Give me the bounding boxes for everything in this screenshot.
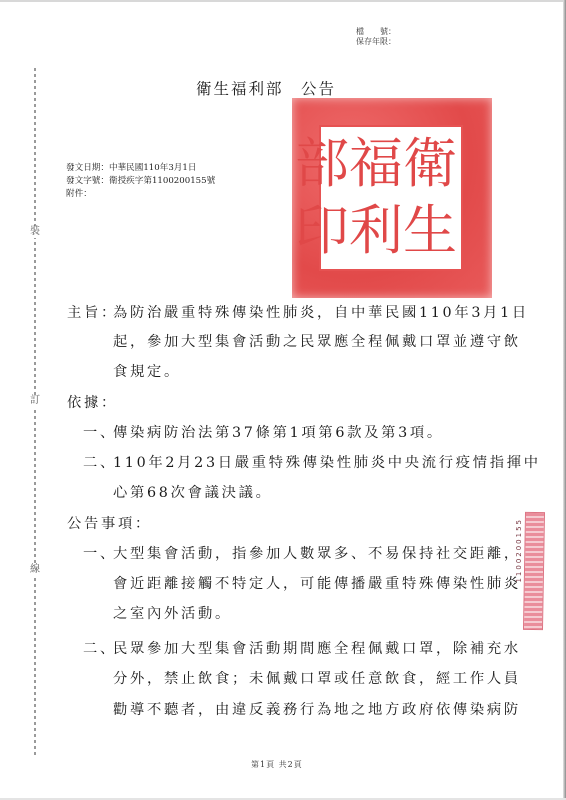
side-seal-stamp [523, 512, 545, 630]
document-meta: 發文日期：中華民國110年3月1日 發文字號：衛授疾字第1100200155號 … [66, 162, 215, 201]
attachment: 附件： [66, 188, 215, 201]
seal-char: 利 [349, 198, 403, 265]
page-top-edge [0, 0, 566, 2]
official-seal: 衛 福 部 生 利 印 [292, 98, 492, 298]
announcement-item-line: 之室內外活動。 [113, 603, 232, 623]
binding-char-xian: 線 [29, 564, 41, 576]
announcement-label: 公告事項： [67, 513, 152, 533]
basis-item-marker: 一、 [83, 422, 117, 442]
basis-label: 依據： [67, 392, 118, 412]
seal-char: 衛 [403, 131, 457, 198]
issue-date: 發文日期：中華民國110年3月1日 [66, 162, 215, 175]
announcement-item-line: 會近距離接觸不特定人，可能傳播嚴重特殊傳染性肺炎 [113, 573, 521, 593]
announcement-item-line: 大型集會活動，指參加人數眾多、不易保持社交距離， [113, 543, 521, 563]
basis-item-line: 傳染病防治法第37條第1項第6款及第3項。 [113, 422, 444, 442]
basis-item-line: 110年2月23日嚴重特殊傳染性肺炎中央流行疫情指揮中 [113, 452, 541, 472]
seal-char: 部 [295, 131, 349, 198]
page-number: 第1頁 共2頁 [251, 759, 303, 770]
announcement-item-marker: 二、 [83, 638, 117, 658]
subject-line: 為防治嚴重特殊傳染性肺炎，自中華民國110年3月1日 [113, 302, 529, 322]
announcement-item-line: 分外，禁止飲食；未佩戴口罩或任意飲食，經工作人員 [113, 668, 521, 688]
subject-line: 食規定。 [113, 361, 181, 381]
announcement-item-marker: 一、 [83, 543, 117, 563]
binding-line [33, 68, 37, 758]
archive-number: 檔 號： [356, 27, 396, 37]
basis-item-marker: 二、 [83, 452, 117, 472]
announcement-item-line: 民眾參加大型集會活動期間應全程佩戴口罩，除補充水 [113, 638, 521, 658]
side-stamp-number: 1100200155 [514, 518, 524, 583]
document-title: 衛生福利部 公告 [196, 77, 336, 99]
binding-char-zhuang: 裝 [29, 226, 41, 238]
retention-period: 保存年限： [356, 37, 396, 47]
archive-info: 檔 號： 保存年限： [356, 27, 396, 47]
document-number: 發文字號：衛授疾字第1100200155號 [66, 175, 215, 188]
subject-label: 主旨： [67, 302, 118, 322]
seal-char: 印 [295, 198, 349, 265]
seal-characters: 衛 福 部 生 利 印 [325, 131, 457, 265]
seal-char: 福 [349, 131, 403, 198]
binding-char-ding: 訂 [29, 395, 41, 407]
seal-char: 生 [403, 198, 457, 265]
basis-item-line: 心第68次會議決議。 [113, 482, 273, 502]
announcement-item-line: 勸導不聽者，由違反義務行為地之地方政府依傳染病防 [113, 699, 521, 719]
document-page: 檔 號： 保存年限： 衛生福利部 公告 發文日期：中華民國110年3月1日 發文… [0, 0, 566, 800]
subject-line: 起，參加大型集會活動之民眾應全程佩戴口罩並遵守飲 [113, 331, 521, 351]
seal-inner-field: 衛 福 部 生 利 印 [319, 125, 463, 271]
